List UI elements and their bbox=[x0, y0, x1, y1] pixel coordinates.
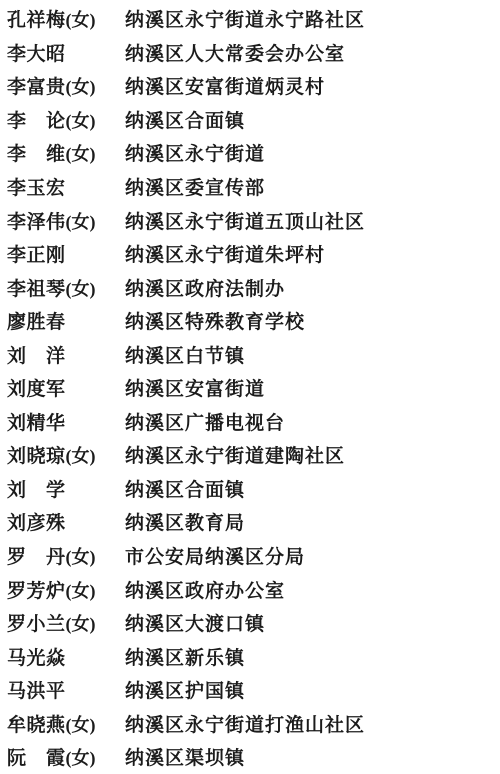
gender-marker: (女) bbox=[66, 547, 96, 567]
person-name: 马光焱 bbox=[7, 643, 125, 670]
person-organization: 纳溪区合面镇 bbox=[125, 106, 245, 133]
person-name-text: 阮 霞 bbox=[7, 748, 66, 769]
list-item: 牟晓燕(女) 纳溪区永宁街道打渔山社区 bbox=[7, 706, 494, 740]
person-name: 李 维(女) bbox=[7, 139, 125, 166]
person-name-text: 李泽伟 bbox=[7, 212, 66, 233]
person-name: 刘 学 bbox=[7, 475, 125, 502]
person-organization: 市公安局纳溪区分局 bbox=[125, 542, 305, 569]
person-name-text: 李正刚 bbox=[7, 245, 66, 266]
person-organization: 纳溪区新乐镇 bbox=[125, 643, 245, 670]
list-item: 罗小兰(女) 纳溪区大渡口镇 bbox=[7, 606, 494, 640]
person-name-text: 牟晓燕 bbox=[7, 715, 66, 736]
person-name: 罗小兰(女) bbox=[7, 609, 125, 636]
person-name-text: 廖胜春 bbox=[7, 312, 66, 333]
gender-marker: (女) bbox=[66, 581, 96, 601]
person-name-text: 李 维 bbox=[7, 144, 66, 165]
list-item: 刘晓琼(女) 纳溪区永宁街道建陶社区 bbox=[7, 438, 494, 472]
list-item: 李 维(女) 纳溪区永宁街道 bbox=[7, 136, 494, 170]
gender-marker: (女) bbox=[66, 279, 96, 299]
list-item: 罗芳炉(女) 纳溪区政府办公室 bbox=[7, 572, 494, 606]
person-name-text: 刘度军 bbox=[7, 379, 66, 400]
person-name-text: 罗 丹 bbox=[7, 547, 66, 568]
gender-marker: (女) bbox=[66, 715, 96, 735]
person-name: 李正刚 bbox=[7, 240, 125, 267]
person-organization: 纳溪区政府办公室 bbox=[125, 576, 285, 603]
person-name: 孔祥梅(女) bbox=[7, 5, 125, 32]
person-organization: 纳溪区教育局 bbox=[125, 508, 245, 535]
person-name: 刘彦殊 bbox=[7, 508, 125, 535]
list-item: 李富贵(女) 纳溪区安富街道炳灵村 bbox=[7, 69, 494, 103]
person-name-text: 李玉宏 bbox=[7, 178, 66, 199]
person-organization: 纳溪区特殊教育学校 bbox=[125, 307, 305, 334]
person-name: 罗芳炉(女) bbox=[7, 576, 125, 603]
list-item: 刘精华 纳溪区广播电视台 bbox=[7, 405, 494, 439]
person-organization: 纳溪区政府法制办 bbox=[125, 274, 285, 301]
person-organization: 纳溪区广播电视台 bbox=[125, 408, 285, 435]
list-item: 刘度军 纳溪区安富街道 bbox=[7, 371, 494, 405]
gender-marker: (女) bbox=[66, 111, 96, 131]
person-organization: 纳溪区白节镇 bbox=[125, 341, 245, 368]
person-name-text: 刘晓琼 bbox=[7, 446, 66, 467]
list-item: 李玉宏 纳溪区委宣传部 bbox=[7, 170, 494, 204]
person-name-text: 李富贵 bbox=[7, 77, 66, 98]
list-item: 李大昭 纳溪区人大常委会办公室 bbox=[7, 36, 494, 70]
person-organization: 纳溪区永宁街道打渔山社区 bbox=[125, 710, 365, 737]
list-item: 孔祥梅(女) 纳溪区永宁街道永宁路社区 bbox=[7, 2, 494, 36]
person-name: 李 论(女) bbox=[7, 106, 125, 133]
person-organization: 纳溪区永宁街道建陶社区 bbox=[125, 441, 345, 468]
list-item: 李泽伟(女) 纳溪区永宁街道五顶山社区 bbox=[7, 203, 494, 237]
person-name-text: 马光焱 bbox=[7, 648, 66, 669]
person-name-text: 孔祥梅 bbox=[7, 10, 66, 31]
person-organization: 纳溪区渠坝镇 bbox=[125, 743, 245, 770]
person-name: 牟晓燕(女) bbox=[7, 710, 125, 737]
person-organization: 纳溪区永宁街道 bbox=[125, 139, 265, 166]
list-item: 李正刚 纳溪区永宁街道朱坪村 bbox=[7, 237, 494, 271]
list-item: 廖胜春 纳溪区特殊教育学校 bbox=[7, 304, 494, 338]
list-item: 罗 丹(女) 市公安局纳溪区分局 bbox=[7, 539, 494, 573]
person-name-text: 罗小兰 bbox=[7, 614, 66, 635]
person-name-text: 李大昭 bbox=[7, 44, 66, 65]
person-name: 罗 丹(女) bbox=[7, 542, 125, 569]
person-name: 李大昭 bbox=[7, 39, 125, 66]
person-name: 刘 洋 bbox=[7, 341, 125, 368]
gender-marker: (女) bbox=[66, 748, 96, 768]
list-item: 马洪平 纳溪区护国镇 bbox=[7, 673, 494, 707]
person-organization: 纳溪区护国镇 bbox=[125, 676, 245, 703]
gender-marker: (女) bbox=[66, 446, 96, 466]
person-name-text: 刘彦殊 bbox=[7, 513, 66, 534]
person-organization: 纳溪区委宣传部 bbox=[125, 173, 265, 200]
list-item: 李 论(女) 纳溪区合面镇 bbox=[7, 103, 494, 137]
gender-marker: (女) bbox=[66, 212, 96, 232]
person-name-text: 刘 学 bbox=[7, 480, 66, 501]
person-name: 李泽伟(女) bbox=[7, 207, 125, 234]
person-name-text: 马洪平 bbox=[7, 681, 66, 702]
person-organization: 纳溪区永宁街道五顶山社区 bbox=[125, 207, 365, 234]
person-name: 刘精华 bbox=[7, 408, 125, 435]
person-organization: 纳溪区合面镇 bbox=[125, 475, 245, 502]
roster-list: 孔祥梅(女) 纳溪区永宁街道永宁路社区 李大昭 纳溪区人大常委会办公室 李富贵(… bbox=[7, 2, 494, 774]
list-item: 阮 霞(女) 纳溪区渠坝镇 bbox=[7, 740, 494, 774]
person-name: 马洪平 bbox=[7, 676, 125, 703]
list-item: 刘彦殊 纳溪区教育局 bbox=[7, 505, 494, 539]
person-organization: 纳溪区永宁街道朱坪村 bbox=[125, 240, 325, 267]
list-item: 马光焱 纳溪区新乐镇 bbox=[7, 639, 494, 673]
person-organization: 纳溪区安富街道炳灵村 bbox=[125, 72, 325, 99]
person-name: 李玉宏 bbox=[7, 173, 125, 200]
list-item: 刘 洋 纳溪区白节镇 bbox=[7, 337, 494, 371]
gender-marker: (女) bbox=[66, 614, 96, 634]
person-organization: 纳溪区安富街道 bbox=[125, 374, 265, 401]
person-name: 李富贵(女) bbox=[7, 72, 125, 99]
gender-marker: (女) bbox=[66, 10, 96, 30]
person-name: 刘度军 bbox=[7, 374, 125, 401]
person-name-text: 李祖琴 bbox=[7, 279, 66, 300]
person-organization: 纳溪区永宁街道永宁路社区 bbox=[125, 5, 365, 32]
gender-marker: (女) bbox=[66, 77, 96, 97]
person-name-text: 刘 洋 bbox=[7, 346, 66, 367]
roster-page: 孔祥梅(女) 纳溪区永宁街道永宁路社区 李大昭 纳溪区人大常委会办公室 李富贵(… bbox=[0, 0, 500, 774]
list-item: 刘 学 纳溪区合面镇 bbox=[7, 472, 494, 506]
list-item: 李祖琴(女) 纳溪区政府法制办 bbox=[7, 270, 494, 304]
person-name-text: 刘精华 bbox=[7, 413, 66, 434]
person-organization: 纳溪区人大常委会办公室 bbox=[125, 39, 345, 66]
person-name: 李祖琴(女) bbox=[7, 274, 125, 301]
person-name: 刘晓琼(女) bbox=[7, 441, 125, 468]
person-organization: 纳溪区大渡口镇 bbox=[125, 609, 265, 636]
gender-marker: (女) bbox=[66, 144, 96, 164]
person-name-text: 罗芳炉 bbox=[7, 581, 66, 602]
person-name: 廖胜春 bbox=[7, 307, 125, 334]
person-name-text: 李 论 bbox=[7, 111, 66, 132]
person-name: 阮 霞(女) bbox=[7, 743, 125, 770]
